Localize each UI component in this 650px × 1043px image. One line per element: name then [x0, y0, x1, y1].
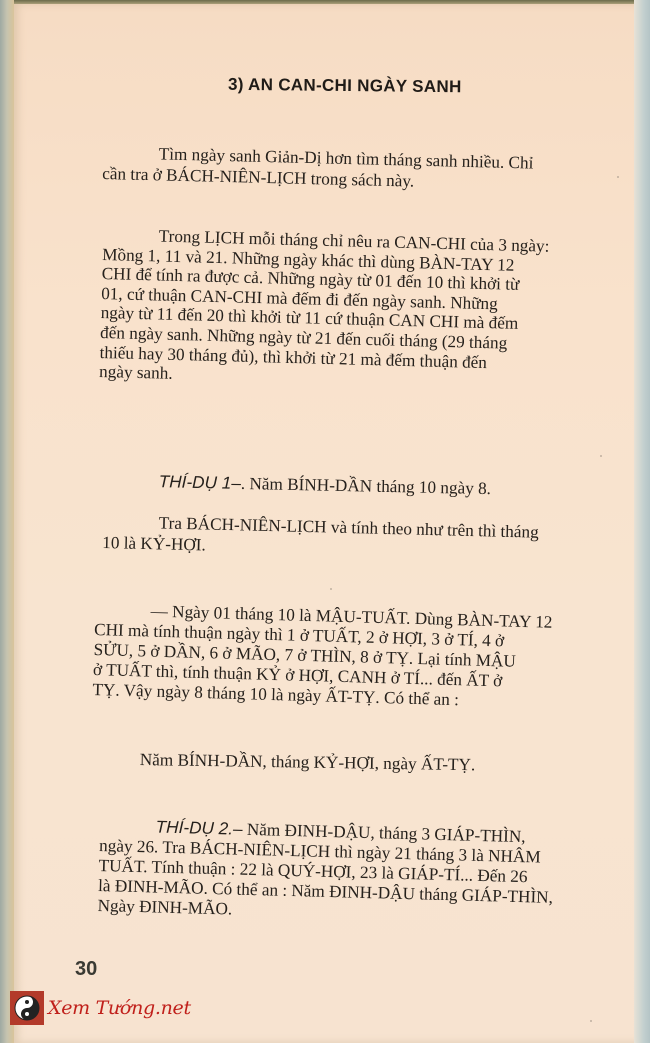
page-right-edge: [634, 0, 650, 1043]
example-2-paragraph: THÍ-DỤ 2.– Năm ĐINH-DẬU, tháng 3 GIÁP-TH…: [97, 815, 597, 929]
paper-speck: [590, 1020, 592, 1022]
yin-yang-icon: [10, 991, 44, 1025]
example-1-text: . Năm BÍNH-DẦN tháng 10 ngày 8.: [241, 474, 491, 498]
paragraph-hand-counting: — Ngày 01 tháng 10 là MẬU-TUẤT. Dùng BÀN…: [92, 600, 593, 714]
example-1-label: THÍ-DỤ 1–: [159, 471, 242, 493]
paper-speck: [600, 455, 602, 457]
section-title: 3) AN CAN-CHI NGÀY SANH: [228, 75, 462, 97]
watermark: Xem Tướng.net: [10, 990, 191, 1026]
paper-speck: [330, 588, 332, 590]
example-2-label: THÍ-DỤ 2.–: [155, 816, 242, 838]
paragraph-calendar-rule: Trong LỊCH mỗi tháng chỉ nêu ra CAN-CHI …: [99, 225, 601, 395]
paper-speck: [617, 176, 619, 178]
page-left-edge: [0, 0, 14, 1043]
watermark-text: Xem Tướng.net: [48, 997, 191, 1019]
page-number: 30: [75, 958, 97, 981]
